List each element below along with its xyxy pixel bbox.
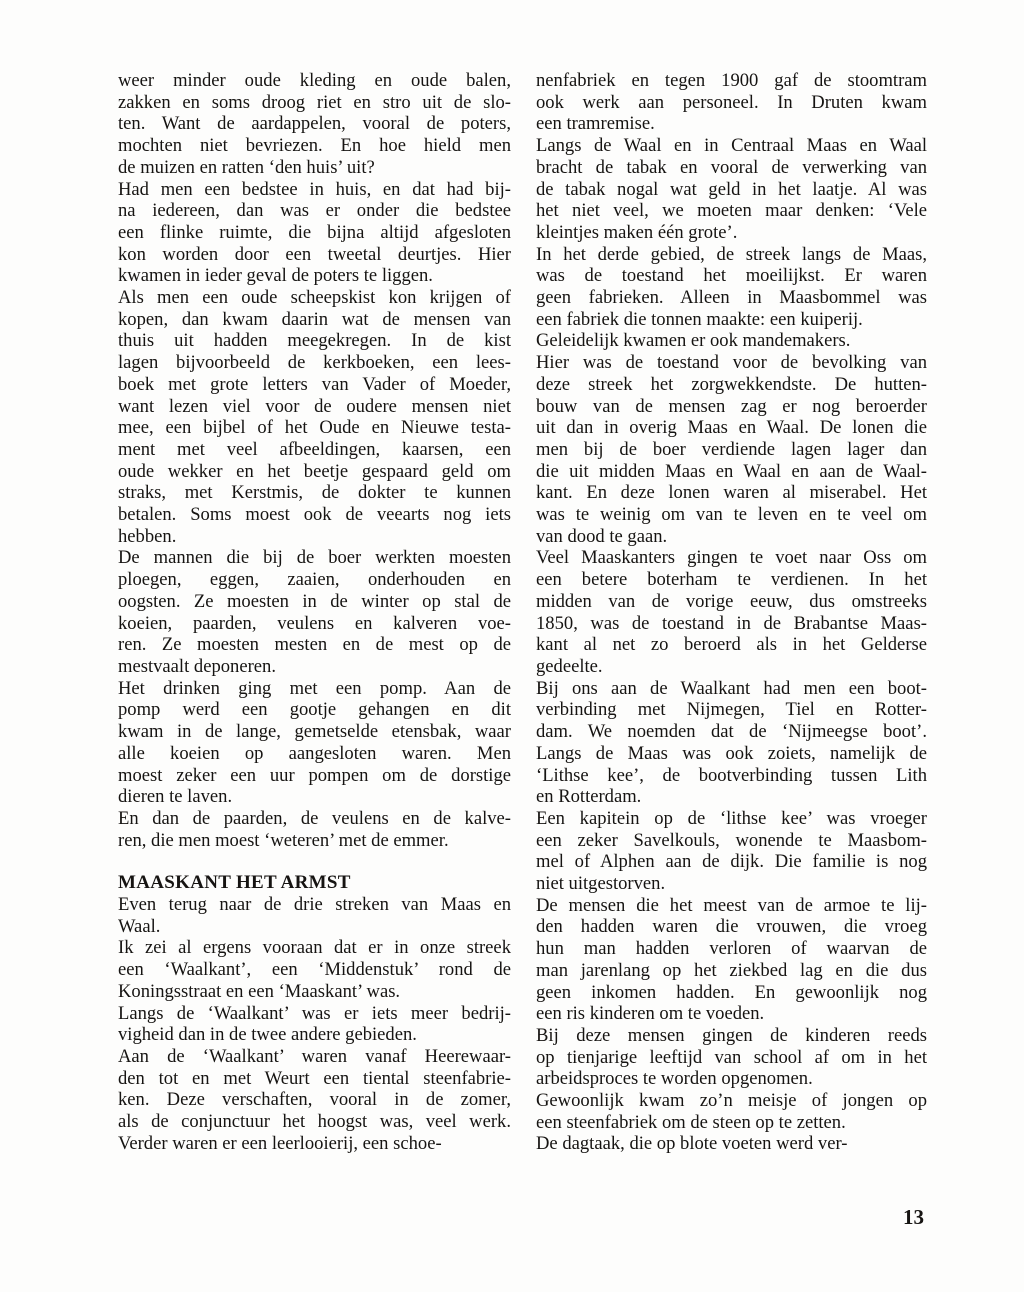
text-line: den tot en met Weurt een tiental steenfa…: [118, 1068, 511, 1090]
text-line: ook werk aan personeel. In Druten kwam: [536, 92, 927, 114]
text-line: Ik zei al ergens vooraan dat er in onze …: [118, 937, 511, 959]
section-heading: MAASKANT HET ARMST: [118, 872, 511, 894]
right-column: nenfabriek en tegen 1900 gaf de stoomtra…: [536, 70, 927, 1155]
text-line: dieren te laven.: [118, 786, 511, 808]
text-line: 1850, was de toestand in de Brabantse Ma…: [536, 613, 927, 635]
paragraph: Even terug naar de drie streken van Maas…: [118, 894, 511, 937]
text-line: De mensen die het meest van de armoe te …: [536, 895, 927, 917]
text-line: ken. Deze verschaften, vooral in de zome…: [118, 1089, 511, 1111]
text-line: arbeidsproces te worden opgenomen.: [536, 1068, 927, 1090]
text-line: En dan de paarden, de veulens en de kalv…: [118, 808, 511, 830]
text-line: die uit midden Maas en Waal en aan de Wa…: [536, 461, 927, 483]
paragraph: nenfabriek en tegen 1900 gaf de stoomtra…: [536, 70, 927, 135]
text-line: een betere boterham te verdienen. In het: [536, 569, 927, 591]
text-line: Langs de Waal en in Centraal Maas en Waa…: [536, 135, 927, 157]
text-line: Als men een oude scheepskist kon krijgen…: [118, 287, 511, 309]
text-line: kwam in de lange, gemetselde etensbak, w…: [118, 721, 511, 743]
text-line: men bij de boer verdiende lagen lager da…: [536, 439, 927, 461]
text-line: ten. Want de aardappelen, vooral de pote…: [118, 113, 511, 135]
text-line: op tienjarige leeftijd van school af om …: [536, 1047, 927, 1069]
text-line: alle koeien op aangesloten waren. Men: [118, 743, 511, 765]
text-line: hebben.: [118, 526, 511, 548]
paragraph: Bij deze mensen gingen de kinderen reeds…: [536, 1025, 927, 1090]
paragraph: weer minder oude kleding en oude balen,z…: [118, 70, 511, 179]
text-line: deze streek het zorgwekkendste. De hutte…: [536, 374, 927, 396]
text-line: straks, met Kerstmis, de dokter te kunne…: [118, 482, 511, 504]
text-line: Veel Maaskanters gingen te voet naar Oss…: [536, 547, 927, 569]
text-line: Langs de Maas was ook zoiets, namelijk d…: [536, 743, 927, 765]
text-line: een tramremise.: [536, 113, 927, 135]
text-line: een zeker Savelkouls, wonende te Maasbom…: [536, 830, 927, 852]
text-line: geen inkomen hadden. En gewoonlijk nog: [536, 982, 927, 1004]
text-line: Hier was de toestand voor de bevolking v…: [536, 352, 927, 374]
text-line: als de conjunctuur het hoogst was, veel …: [118, 1111, 511, 1133]
text-line: koeien, paarden, veulens en kalveren voe…: [118, 613, 511, 635]
text-line: Even terug naar de drie streken van Maas…: [118, 894, 511, 916]
text-line: Waal.: [118, 916, 511, 938]
text-line: nenfabriek en tegen 1900 gaf de stoomtra…: [536, 70, 927, 92]
paragraph: Bij ons aan de Waalkant had men een boot…: [536, 678, 927, 808]
paragraph: De mannen die bij de boer werkten moeste…: [118, 547, 511, 677]
text-line: bouw van de mensen zag er nog beroerder: [536, 396, 927, 418]
text-line: betalen. Soms moest ook de veearts nog i…: [118, 504, 511, 526]
text-line: kleintjes maken één grote’.: [536, 222, 927, 244]
text-line: een ‘Waalkant’, een ‘Middenstuk’ rond de: [118, 959, 511, 981]
paragraph: Had men een bedstee in huis, en dat had …: [118, 179, 511, 288]
text-line: dam. We noemden dat de ‘Nijmeegse boot’.: [536, 721, 927, 743]
text-line: en Rotterdam.: [536, 786, 927, 808]
text-line: het niet veel, we moeten maar denken: ‘V…: [536, 200, 927, 222]
text-line: gedeelte.: [536, 656, 927, 678]
text-line: Koningsstraat en een ‘Maaskant’ was.: [118, 981, 511, 1003]
text-line: een fabriek die tonnen maakte: een kuipe…: [536, 309, 927, 331]
text-line: mel of Alphen aan de dijk. Die familie i…: [536, 851, 927, 873]
text-line: oogsten. Ze moesten in de winter op stal…: [118, 591, 511, 613]
page-number: 13: [536, 1205, 924, 1230]
text-line: geen fabrieken. Alleen in Maasbommel was: [536, 287, 927, 309]
text-line: Had men een bedstee in huis, en dat had …: [118, 179, 511, 201]
text-line: ploegen, eggen, zaaien, onderhouden en: [118, 569, 511, 591]
text-line: Bij deze mensen gingen de kinderen reeds: [536, 1025, 927, 1047]
text-line: een flinke ruimte, die bijna altijd afge…: [118, 222, 511, 244]
text-line: boek met grote letters van Vader of Moed…: [118, 374, 511, 396]
text-line: Een kapitein op de ‘lithse kee’ was vroe…: [536, 808, 927, 830]
text-line: kant al net zo beroerd als in het Gelder…: [536, 634, 927, 656]
paragraph: Hier was de toestand voor de bevolking v…: [536, 352, 927, 547]
text-line: de muizen en ratten ‘den huis’ uit?: [118, 157, 511, 179]
text-line: ‘Lithse kee’, de bootverbinding tussen L…: [536, 765, 927, 787]
paragraph: Het drinken ging met een pomp. Aan depom…: [118, 678, 511, 808]
paragraph: Veel Maaskanters gingen te voet naar Oss…: [536, 547, 927, 677]
text-line: was te weinig om van te leven en te veel…: [536, 504, 927, 526]
paragraph: De dagtaak, die op blote voeten werd ver…: [536, 1133, 927, 1155]
text-line: den hadden waren die vrouwen, die vroeg: [536, 916, 927, 938]
text-line: Het drinken ging met een pomp. Aan de: [118, 678, 511, 700]
paragraph: Geleidelijk kwamen er ook mandemakers.: [536, 330, 927, 352]
paragraph: Ik zei al ergens vooraan dat er in onze …: [118, 937, 511, 1002]
text-line: hun man hadden verloren of waarvan de: [536, 938, 927, 960]
text-line: man jarenlang op het ziekbed lag en die …: [536, 960, 927, 982]
text-line: mee, een bijbel of het Oude en Nieuwe te…: [118, 417, 511, 439]
text-line: want lezen viel voor de oudere mensen ni…: [118, 396, 511, 418]
text-line: Langs de ‘Waalkant’ was er iets meer bed…: [118, 1003, 511, 1025]
book-page: weer minder oude kleding en oude balen,z…: [0, 0, 1024, 1292]
paragraph: Langs de ‘Waalkant’ was er iets meer bed…: [118, 1003, 511, 1046]
paragraph: In het derde gebied, de streek langs de …: [536, 244, 927, 331]
text-line: uit dan in overig Maas en Waal. De lonen…: [536, 417, 927, 439]
text-line: kon worden door een tweetal deurtjes. Hi…: [118, 244, 511, 266]
text-line: De mannen die bij de boer werkten moeste…: [118, 547, 511, 569]
text-line: De dagtaak, die op blote voeten werd ver…: [536, 1133, 927, 1155]
text-line: weer minder oude kleding en oude balen,: [118, 70, 511, 92]
text-line: Aan de ‘Waalkant’ waren vanaf Heerewaar-: [118, 1046, 511, 1068]
text-line: oude wekker en het beetje gespaard geld …: [118, 461, 511, 483]
text-line: niet uitgestorven.: [536, 873, 927, 895]
text-line: Gewoonlijk kwam zo’n meisje of jongen op: [536, 1090, 927, 1112]
text-line: een ris kinderen om te voeden.: [536, 1003, 927, 1025]
text-line: thuis uit hadden meegekregen. In de kist: [118, 330, 511, 352]
paragraph: De mensen die het meest van de armoe te …: [536, 895, 927, 1025]
text-line: Geleidelijk kwamen er ook mandemakers.: [536, 330, 927, 352]
paragraph: Een kapitein op de ‘lithse kee’ was vroe…: [536, 808, 927, 895]
text-line: moest zeker een uur pompen om de dorstig…: [118, 765, 511, 787]
text-line: ren, die men moest ‘weteren’ met de emme…: [118, 830, 511, 852]
text-line: van dood te gaan.: [536, 526, 927, 548]
text-line: zakken en soms droog riet en stro uit de…: [118, 92, 511, 114]
text-line: midden van de vorige eeuw, dus omstreeks: [536, 591, 927, 613]
text-line: bracht de tabak en vooral de verwerking …: [536, 157, 927, 179]
paragraph: Als men een oude scheepskist kon krijgen…: [118, 287, 511, 547]
text-line: vigheid dan in de twee andere gebieden.: [118, 1024, 511, 1046]
text-line: ren. Ze moesten mesten en de mest op de: [118, 634, 511, 656]
text-line: lagen bijvoorbeeld de kerkboeken, een le…: [118, 352, 511, 374]
text-line: mochten niet bevriezen. En hoe hield men: [118, 135, 511, 157]
text-line: Verder waren er een leerlooierij, een sc…: [118, 1133, 511, 1155]
text-line: kopen, dan kwam daarin wat de mensen van: [118, 309, 511, 331]
text-line: In het derde gebied, de streek langs de …: [536, 244, 927, 266]
text-line: Bij ons aan de Waalkant had men een boot…: [536, 678, 927, 700]
text-line: een steenfabriek om de steen op te zette…: [536, 1112, 927, 1134]
text-line: ment met veel afbeeldingen, kaarsen, een: [118, 439, 511, 461]
paragraph: Aan de ‘Waalkant’ waren vanaf Heerewaar-…: [118, 1046, 511, 1155]
text-line: de tabak nogal wat geld in het laatje. A…: [536, 179, 927, 201]
paragraph: Langs de Waal en in Centraal Maas en Waa…: [536, 135, 927, 244]
paragraph: Gewoonlijk kwam zo’n meisje of jongen op…: [536, 1090, 927, 1133]
left-column: weer minder oude kleding en oude balen,z…: [118, 70, 511, 1154]
text-line: was de toestand het moeilijkst. Er waren: [536, 265, 927, 287]
text-line: kwamen in ieder geval de poters te ligge…: [118, 265, 511, 287]
text-line: na iedereen, dan was er onder die bedste…: [118, 200, 511, 222]
text-line: kant. En deze lonen waren al miserabel. …: [536, 482, 927, 504]
text-line: verbinding met Nijmegen, Tiel en Rotter-: [536, 699, 927, 721]
text-line: pomp werd een gootje gehangen en dit: [118, 699, 511, 721]
paragraph: En dan de paarden, de veulens en de kalv…: [118, 808, 511, 851]
text-line: mestvaalt deponeren.: [118, 656, 511, 678]
